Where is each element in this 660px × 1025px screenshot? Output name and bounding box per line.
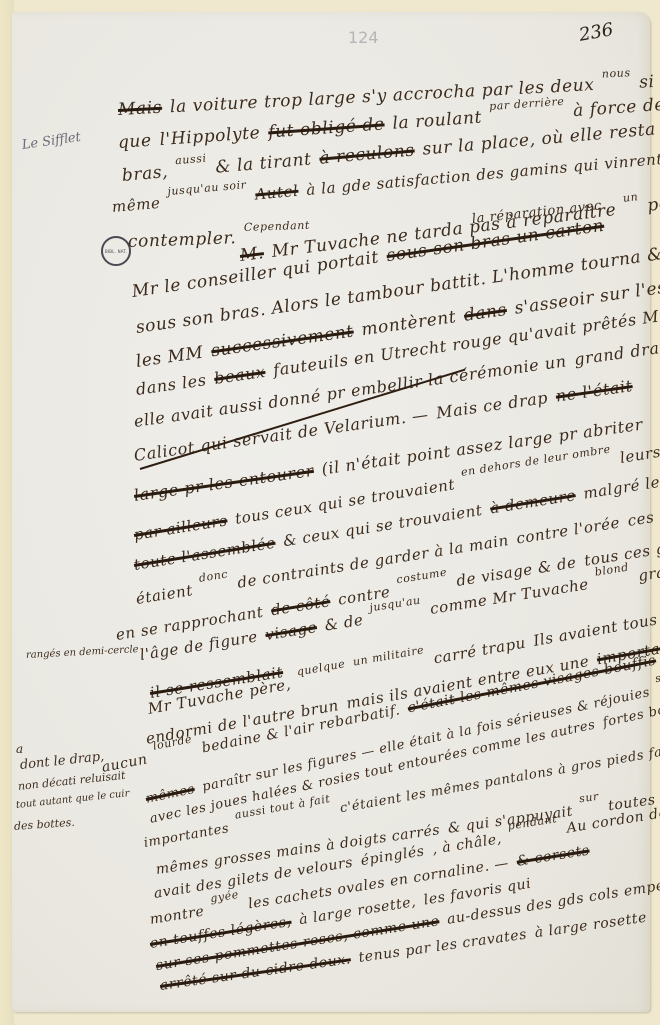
stamp-label: BIBL. NAT. — [105, 249, 127, 254]
pencil-page-number: 124 — [348, 28, 379, 47]
library-stamp-icon: BIBL. NAT. — [101, 236, 131, 266]
margin-note: a — [16, 742, 23, 756]
